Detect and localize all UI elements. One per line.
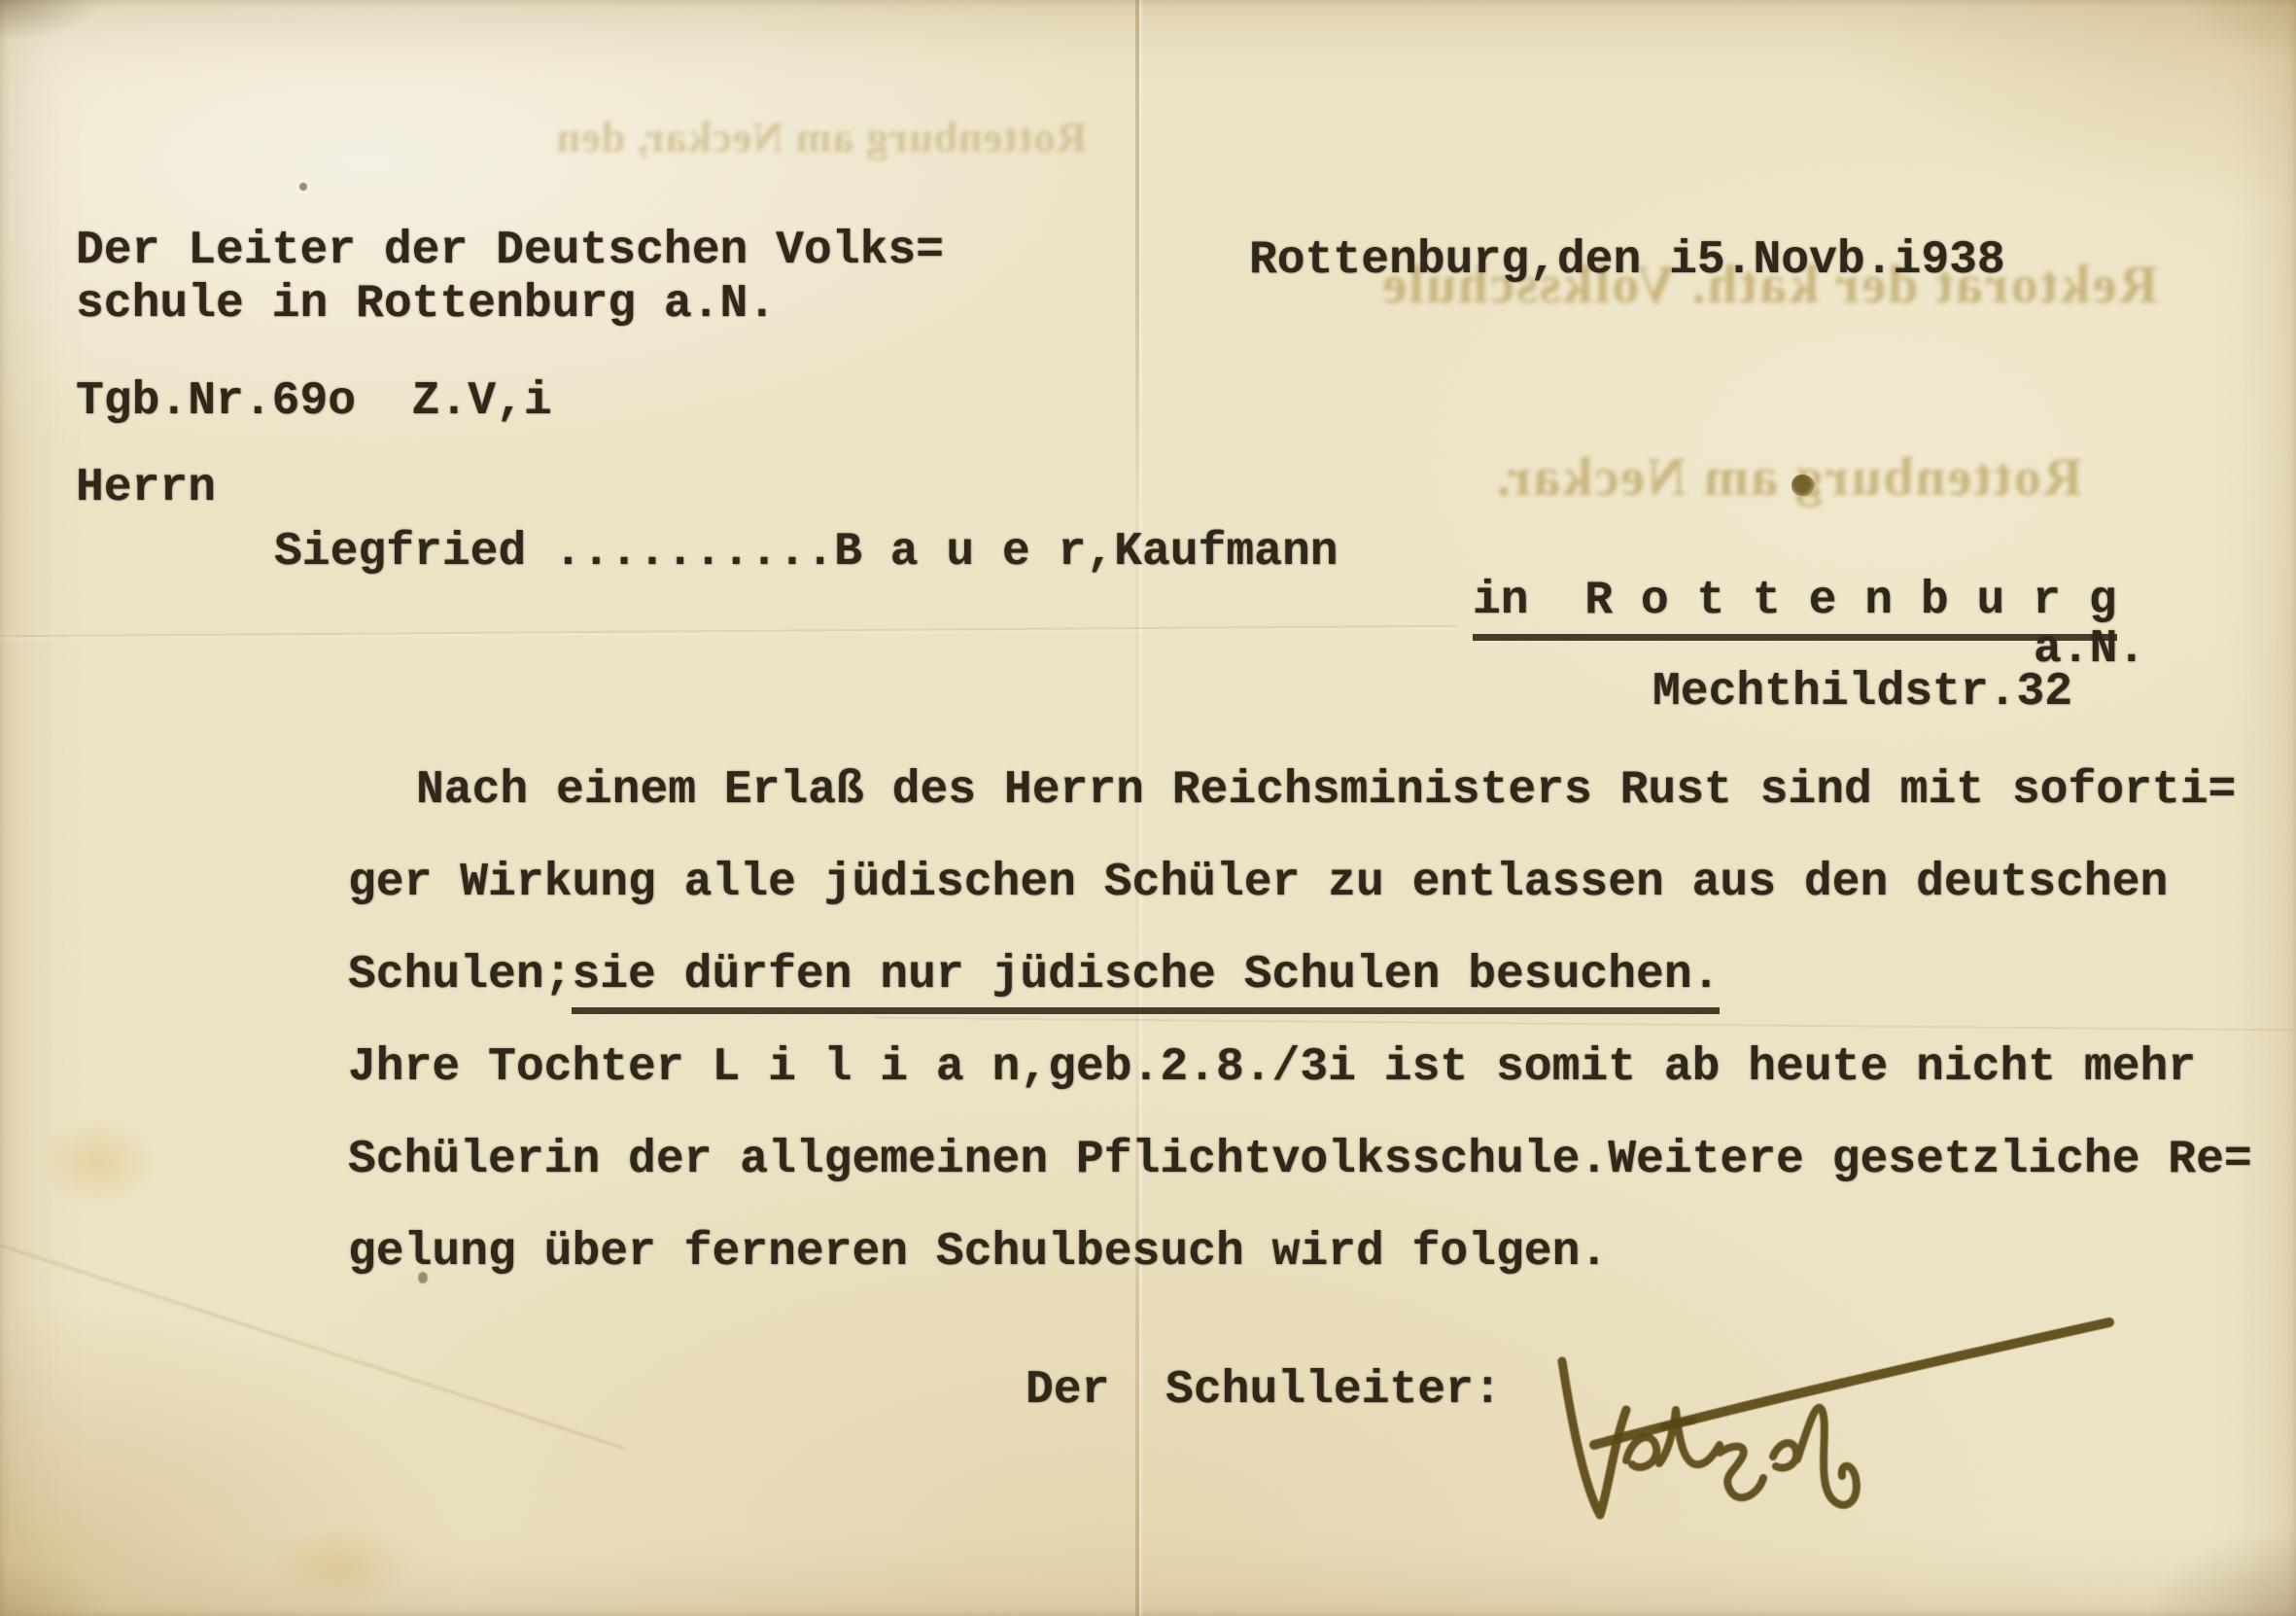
- body-line-5: Schülerin der allgemeinen Pflichtvolkssc…: [348, 1135, 2252, 1187]
- signature-initial-stroke: [1562, 1361, 1626, 1515]
- dateline: Rottenburg,den i5.Novb.i938: [1249, 235, 2005, 288]
- sender-line-2: schule in Rottenburg a.N.: [76, 279, 776, 332]
- body-line-4: Jhre Tochter L i l i a n,geb.2.8./3i ist…: [348, 1042, 2196, 1095]
- body-line-3: Schulen;sie dürfen nur jüdische Schulen …: [348, 950, 1720, 1002]
- body-line-3-underlined: sie dürfen nur jüdische Schulen besuchen…: [572, 949, 1720, 1014]
- bleedthrough-dateline-text: Rottenburg am Neckar, den: [525, 113, 1118, 162]
- body-line-1: Nach einem Erlaß des Herrn Reichsministe…: [416, 765, 2236, 818]
- paper-crease-horizontal-1: [0, 625, 1458, 637]
- recipient-name: Siegfried ..........B a u e r,Kaufmann: [274, 527, 1339, 580]
- sender-line-1: Der Leiter der Deutschen Volks=: [76, 226, 944, 278]
- recipient-street: Mechthildstr.32: [1652, 667, 2072, 720]
- ink-blot: [1792, 474, 1815, 496]
- journal-reference: Tgb.Nr.69o Z.V,i: [76, 376, 552, 429]
- paper-stain-1: [39, 1118, 156, 1206]
- recipient-salutation: Herrn: [76, 463, 216, 515]
- body-line-6: gelung über ferneren Schulbesuch wird fo…: [348, 1227, 1608, 1280]
- letter-document: Rottenburg am Neckar, den Rektorat der k…: [0, 0, 2296, 1616]
- closing-label: Der Schulleiter:: [1026, 1365, 1502, 1418]
- recipient-city: in R o t t e n b u r g: [1473, 576, 2117, 628]
- paper-crease-horizontal-2: [875, 1017, 2294, 1032]
- bleedthrough-stamp-text: Rektorat der kath. Volksschule Rottenbur…: [1419, 124, 2158, 639]
- body-line-2: ger Wirkung alle jüdischen Schüler zu en…: [348, 858, 2168, 910]
- paper-stain-2: [272, 1527, 408, 1604]
- signature-script-stroke: [1626, 1408, 1857, 1505]
- recipient-city-underlined: in R o t t e n b u r g: [1473, 575, 2117, 641]
- ink-speck-1: [299, 183, 307, 191]
- body-line-3-prefix: Schulen;: [348, 949, 572, 1001]
- bleedthrough-stamp-line-2: Rottenburg am Neckar.: [1419, 445, 2158, 509]
- signature-flourish-stroke: [1594, 1322, 2109, 1445]
